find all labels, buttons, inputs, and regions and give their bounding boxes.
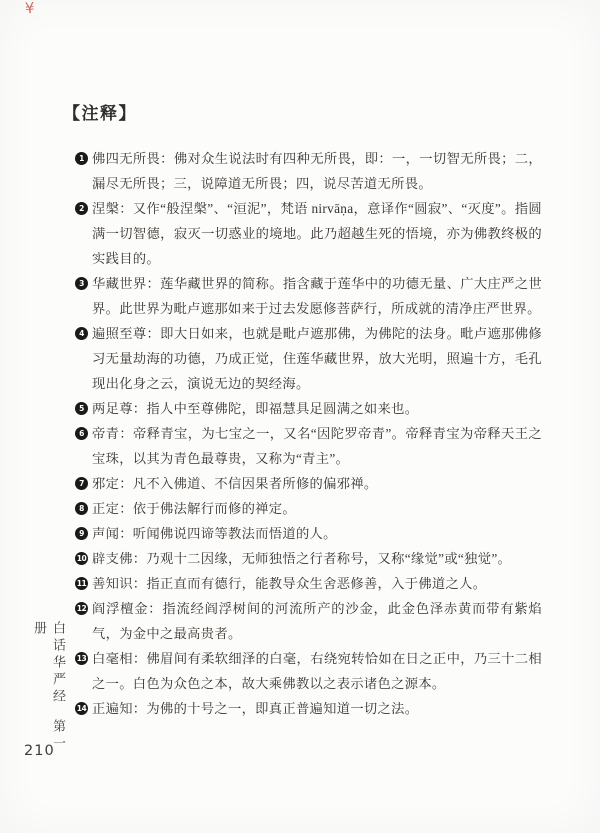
page-number: 210 xyxy=(24,743,55,759)
note-number-badge: 4 xyxy=(75,327,88,340)
note-text: 帝青：帝释青宝，为七宝之一，又名“因陀罗帝青”。帝释青宝为帝释天王之宝珠，以其为… xyxy=(92,426,542,466)
note-item: 13 白毫相：佛眉间有柔软细泽的白毫，右绕宛转恰如在日之正中，乃三十二相之一。白… xyxy=(75,646,542,696)
note-item: 7 邪定：凡不入佛道、不信因果者所修的偏邪禅。 xyxy=(75,471,542,496)
note-item: 5 两足尊：指人中至尊佛陀，即福慧具足圆满之如来也。 xyxy=(75,396,542,421)
note-item: 6 帝青：帝释青宝，为七宝之一，又名“因陀罗帝青”。帝释青宝为帝释天王之宝珠，以… xyxy=(75,421,542,471)
book-page: ¥ 【注释】 1 佛四无所畏：佛对众生说法时有四种无所畏，即：一，一切智无所畏；… xyxy=(0,0,600,833)
note-text: 辟支佛：乃观十二因缘，无师独悟之行者称号，又称“缘觉”或“独觉”。 xyxy=(92,551,511,566)
note-text: 邪定：凡不入佛道、不信因果者所修的偏邪禅。 xyxy=(92,476,378,491)
note-item: 4 遍照至尊：即大日如来，也就是毗卢遮那佛，为佛陀的法身。毗卢遮那佛修习无量劫海… xyxy=(75,321,542,396)
note-text: 正定：依于佛法解行而修的禅定。 xyxy=(92,501,296,516)
note-number-badge: 2 xyxy=(75,202,88,215)
note-number-badge: 7 xyxy=(75,477,88,490)
note-number-badge: 14 xyxy=(75,702,88,715)
note-number-badge: 13 xyxy=(75,652,88,665)
red-pen-mark: ¥ xyxy=(24,1,35,17)
note-text: 白毫相：佛眉间有柔软细泽的白毫，右绕宛转恰如在日之正中，乃三十二相之一。白色为众… xyxy=(92,651,542,691)
book-title: 白话华严经 xyxy=(51,621,66,706)
note-item: 1 佛四无所畏：佛对众生说法时有四种无所畏，即：一，一切智无所畏；二，漏尽无所畏… xyxy=(75,146,542,196)
note-text: 涅槃：又作“般涅槃”、“洹泥”，梵语 nirvāṇa，意译作“圆寂”、“灭度”。… xyxy=(92,201,542,266)
note-number-badge: 11 xyxy=(75,577,88,590)
note-item: 8 正定：依于佛法解行而修的禅定。 xyxy=(75,496,542,521)
note-text: 声闻：听闻佛说四谛等教法而悟道的人。 xyxy=(92,526,337,541)
note-text: 佛四无所畏：佛对众生说法时有四种无所畏，即：一，一切智无所畏；二，漏尽无所畏；三… xyxy=(92,151,542,191)
note-number-badge: 1 xyxy=(75,152,88,165)
note-number-badge: 6 xyxy=(75,427,88,440)
note-number-badge: 8 xyxy=(75,502,88,515)
note-number-badge: 12 xyxy=(75,602,88,615)
note-text: 正遍知：为佛的十号之一，即真正普遍知道一切之法。 xyxy=(92,701,418,716)
spine-caption: 白话华严经第一册 xyxy=(30,621,68,761)
note-text: 华藏世界：莲华藏世界的简称。指含藏于莲华中的功德无量、广大庄严之世界。此世界为毗… xyxy=(92,276,542,316)
note-item: 2 涅槃：又作“般涅槃”、“洹泥”，梵语 nirvāṇa，意译作“圆寂”、“灭度… xyxy=(75,196,542,271)
note-item: 3 华藏世界：莲华藏世界的简称。指含藏于莲华中的功德无量、广大庄严之世界。此世界… xyxy=(75,271,542,321)
annotation-list: 1 佛四无所畏：佛对众生说法时有四种无所畏，即：一，一切智无所畏；二，漏尽无所畏… xyxy=(75,146,542,721)
note-number-badge: 10 xyxy=(75,552,88,565)
note-text: 遍照至尊：即大日如来，也就是毗卢遮那佛，为佛陀的法身。毗卢遮那佛修习无量劫海的功… xyxy=(92,326,542,391)
note-item: 12 阎浮檀金：指流经阎浮树间的河流所产的沙金，此金色泽赤黄而带有紫焰气，为金中… xyxy=(75,596,542,646)
section-heading: 【注释】 xyxy=(63,99,137,124)
note-item: 10 辟支佛：乃观十二因缘，无师独悟之行者称号，又称“缘觉”或“独觉”。 xyxy=(75,546,542,571)
note-number-badge: 9 xyxy=(75,527,88,540)
note-number-badge: 3 xyxy=(75,277,88,290)
note-item: 14 正遍知：为佛的十号之一，即真正普遍知道一切之法。 xyxy=(75,696,542,721)
note-text: 阎浮檀金：指流经阎浮树间的河流所产的沙金，此金色泽赤黄而带有紫焰气，为金中之最高… xyxy=(92,601,542,641)
note-text: 善知识：指正直而有德行，能教导众生舍恶修善，入于佛道之人。 xyxy=(92,576,486,591)
note-item: 9 声闻：听闻佛说四谛等教法而悟道的人。 xyxy=(75,521,542,546)
note-item: 11 善知识：指正直而有德行，能教导众生舍恶修善，入于佛道之人。 xyxy=(75,571,542,596)
note-text: 两足尊：指人中至尊佛陀，即福慧具足圆满之如来也。 xyxy=(92,401,418,416)
note-number-badge: 5 xyxy=(75,402,88,415)
